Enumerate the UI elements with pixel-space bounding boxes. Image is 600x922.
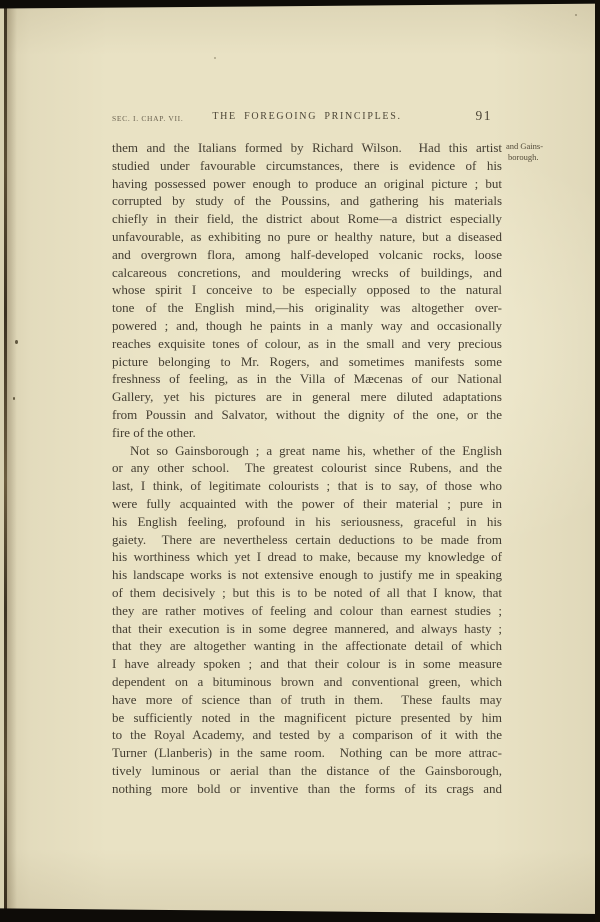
page-edge-left-shade [7,0,17,922]
text-line: and overgrown flora, among half-develope… [112,246,502,264]
text-line: from Poussin and Salvator, without the d… [112,406,502,424]
text-line: having possessed power enough to produce… [112,175,502,193]
text-line: Turner (Llanberis) in the same room. Not… [112,744,502,762]
book-page-scan: SEC. I. CHAP. VII. THE FOREGOING PRINCIP… [0,0,600,922]
text-line: them and the Italians formed by Richard … [112,139,502,157]
running-header: SEC. I. CHAP. VII. THE FOREGOING PRINCIP… [112,108,502,126]
paragraph: them and the Italians formed by Richard … [112,139,502,442]
text-line: fire of the other. [112,424,502,442]
page-number: 91 [476,108,493,124]
paper-speck [214,57,216,59]
text-line: to the Royal Academy, and tested by a co… [112,726,502,744]
page-edge-top [0,0,600,9]
text-line: powered ; and, though he paints in a man… [112,317,502,335]
text-line: tone of the English mind,—his originalit… [112,299,502,317]
text-line: of them decisively ; but this is to be n… [112,584,502,602]
text-line: Gallery, yet his pictures are in general… [112,388,502,406]
text-line: have more of science than of truth in th… [112,691,502,709]
text-line: reaches exquisite tones of colour, as in… [112,335,502,353]
text-line: chiefly in their field, the district abo… [112,210,502,228]
margin-note-line: borough. [508,152,578,163]
page-edge-bottom [0,906,600,922]
body-text: them and the Italians formed by Richard … [112,139,502,797]
text-line: corrupted by study of the Poussins, and … [112,192,502,210]
text-line: his landscape works is not extensive eno… [112,566,502,584]
page-edge-right [595,0,600,922]
margin-note: and Gains- borough. [506,141,578,162]
text-line: that they are altogether wanting in the … [112,637,502,655]
text-line: I have already spoken ; and that their c… [112,655,502,673]
text-line: last, I think, of legitimate colourists … [112,477,502,495]
text-line: nothing more bold or inventive than the … [112,780,502,798]
text-line: tively luminous or aerial than the dista… [112,762,502,780]
text-line: studied under favourable circumstances, … [112,157,502,175]
text-line: unfavourable, as exhibiting no pure or h… [112,228,502,246]
text-line: or any other school. The greatest colour… [112,459,502,477]
text-line: they are rather motives of feeling and c… [112,602,502,620]
text-line: freshness of feeling, as in the Villa of… [112,370,502,388]
text-line: be sufficiently noted in the magnificent… [112,709,502,727]
text-line: that their execution is in some degree m… [112,620,502,638]
paragraph: Not so Gainsborough ; a great name his, … [112,442,502,798]
text-line: gaiety. There are nevertheless certain d… [112,531,502,549]
text-line: calcareous concretions, and mouldering w… [112,264,502,282]
text-line: Not so Gainsborough ; a great name his, … [112,442,502,460]
text-line: picture belonging to Mr. Rogers, and som… [112,353,502,371]
text-line: whose spirit I conceive to be especially… [112,281,502,299]
text-line: his worthiness which yet I dread to make… [112,548,502,566]
text-line: were fully acquainted with the power of … [112,495,502,513]
running-title: THE FOREGOING PRINCIPLES. [112,111,502,122]
paper-speck [575,14,577,16]
text-line: dependent on a bituminous brown and conv… [112,673,502,691]
margin-note-line: and Gains- [506,141,578,152]
text-line: his English feeling, profound in his ser… [112,513,502,531]
